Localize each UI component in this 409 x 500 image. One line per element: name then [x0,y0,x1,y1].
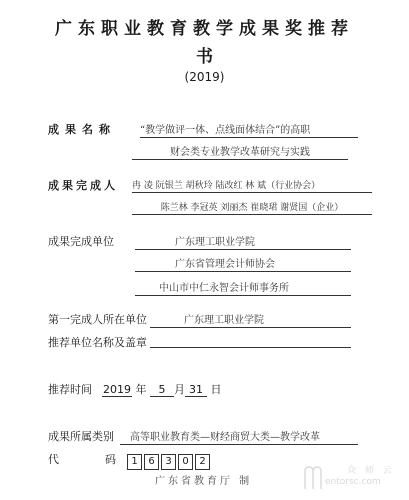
code-digit: 2 [195,454,210,470]
code-label-right: 码 [105,451,116,467]
day-unit: 日 [211,383,222,396]
recommend-month: 5 [150,383,174,397]
first-completer-unit-label: 第一完成人所在单位 [48,311,147,327]
first-completer-unit-value: 广东理工职业学院 [150,311,351,328]
completing-unit-1: 广东理工职业学院 [135,233,351,250]
document-year: (2019) [0,70,409,84]
completing-unit-3: 中山市中仁永智会计师事务所 [135,279,351,296]
category-label: 成果所属类别 [48,428,114,444]
category-value: 高等职业教育类—财经商贸大类—教学改革 [120,428,358,445]
code-digit: 3 [161,454,176,470]
issuer-footer: 广东省教育厅 制 [155,472,252,487]
code-label-left: 代 [48,451,59,467]
achievement-name-label: 成果名称 [48,121,116,137]
recommending-unit-label: 推荐单位名称及盖章 [48,334,147,350]
watermark-text-cn: 众 师 云 [347,463,395,476]
month-unit: 月 [174,383,185,396]
year-unit: 年 [136,383,147,396]
recommend-day: 31 [185,383,207,397]
recommend-year: 2019 [102,383,132,397]
document-title-continued: 书 [0,42,409,67]
achievement-name-line1: “教学做评一体、点线面体结合”的高职 [140,121,358,138]
watermark-text-en: entorsc.com [325,477,381,487]
code-digit: 0 [178,454,193,470]
code-digit: 6 [144,454,159,470]
achievement-name-line2: 财会类专业教学改革研究与实践 [132,143,348,160]
code-digit: 1 [127,454,142,470]
recommending-unit-value[interactable] [150,334,351,348]
recommend-date: 2019 年 5月31 日 [102,381,222,397]
document-title: 广东职业教育教学成果奖推荐 [0,14,409,39]
completing-unit-2: 广东省管理会计师协会 [135,255,351,272]
completers-label: 成果完成人 [48,177,118,193]
watermark-logo-icon [303,465,325,491]
recommend-date-label: 推荐时间 [48,381,92,397]
code-boxes: 16302 [127,449,212,470]
completers-line1: 冉 凌 阮银兰 胡秋玲 陆改红 林 斌（行业协会） [132,178,372,193]
completers-line2: 陈兰林 李冠英 刘丽杰 崔晓珺 谢贤国（企业） [132,200,372,215]
completing-units-label: 成果完成单位 [48,233,114,249]
